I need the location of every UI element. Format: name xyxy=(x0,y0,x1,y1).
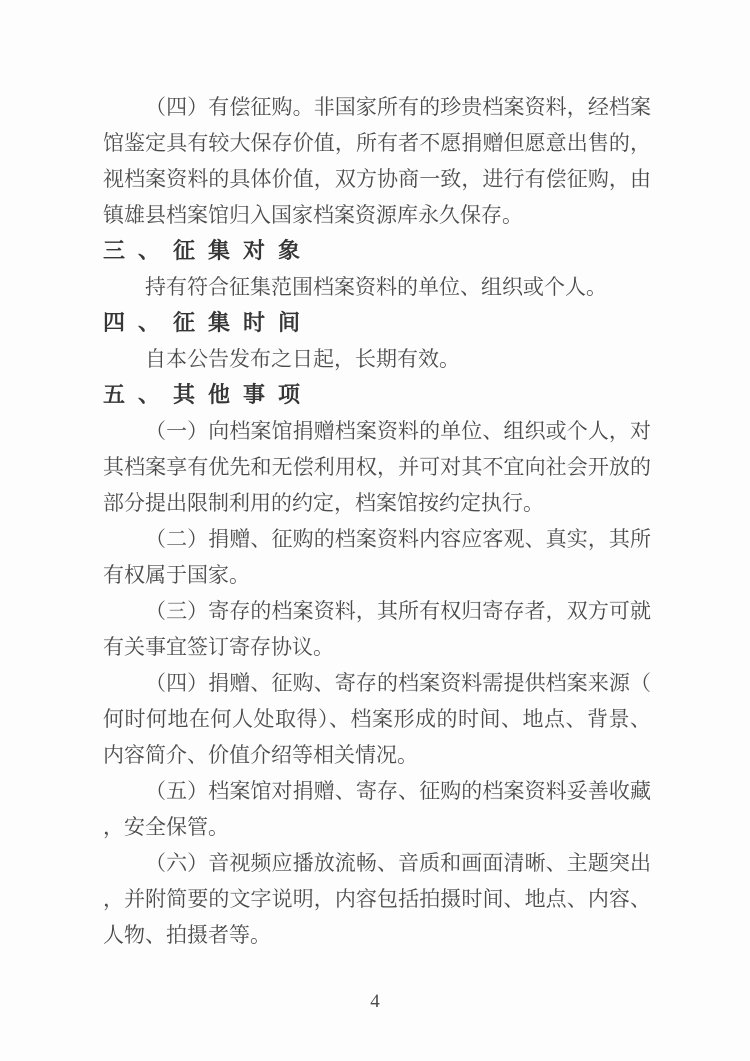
paragraph-other-item-6: （六）音视频应播放流畅、音质和画面清晰、主题突出，并附简要的文字说明，内容包括拍… xyxy=(103,845,651,953)
page-number: 4 xyxy=(0,991,750,1013)
paragraph-collection-targets: 持有符合征集范围档案资料的单位、组织或个人。 xyxy=(103,269,651,305)
section-heading-collection-time: 四、征集时间 xyxy=(103,305,651,341)
document-content: （四）有偿征购。非国家所有的珍贵档案资料，经档案馆鉴定具有较大保存价值，所有者不… xyxy=(103,89,651,953)
section-heading-other-matters: 五、其他事项 xyxy=(103,377,651,413)
paragraph-other-item-1: （一）向档案馆捐赠档案资料的单位、组织或个人，对其档案享有优先和无偿利用权，并可… xyxy=(103,413,651,521)
document-page: （四）有偿征购。非国家所有的珍贵档案资料，经档案馆鉴定具有较大保存价值，所有者不… xyxy=(0,0,750,1061)
paragraph-collection-time: 自本公告发布之日起，长期有效。 xyxy=(103,341,651,377)
paragraph-compensated-purchase: （四）有偿征购。非国家所有的珍贵档案资料，经档案馆鉴定具有较大保存价值，所有者不… xyxy=(103,89,651,233)
paragraph-other-item-2: （二）捐赠、征购的档案资料内容应客观、真实，其所有权属于国家。 xyxy=(103,521,651,593)
section-heading-collection-targets: 三、征集对象 xyxy=(103,233,651,269)
paragraph-other-item-4: （四）捐赠、征购、寄存的档案资料需提供档案来源（何时何地在何人处取得）、档案形成… xyxy=(103,665,651,773)
paragraph-other-item-3: （三）寄存的档案资料，其所有权归寄存者，双方可就有关事宜签订寄存协议。 xyxy=(103,593,651,665)
paragraph-other-item-5: （五）档案馆对捐赠、寄存、征购的档案资料妥善收藏，安全保管。 xyxy=(103,773,651,845)
